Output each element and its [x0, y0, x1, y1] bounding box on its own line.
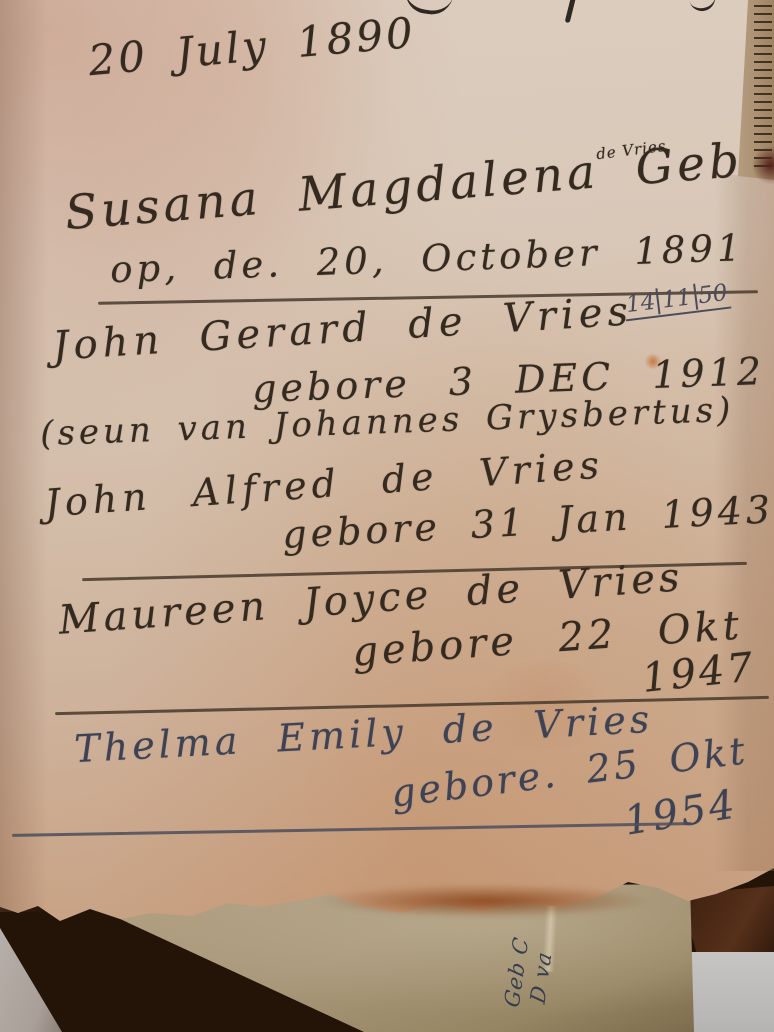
page-left-edge-shadow — [0, 0, 48, 912]
torn-edge-stain — [318, 884, 654, 918]
stamp-month: 11 — [656, 284, 698, 315]
dark-smudge — [752, 146, 774, 184]
envelope-handwriting: Geb C D va — [500, 934, 559, 1016]
photo-of-handwritten-register: Geb C D va 20 July 1890 de Vries Susana … — [0, 0, 774, 1032]
stamp-year: 50 — [697, 280, 729, 309]
table-surface-left — [0, 928, 62, 1032]
floor-surface-right — [686, 952, 774, 1032]
